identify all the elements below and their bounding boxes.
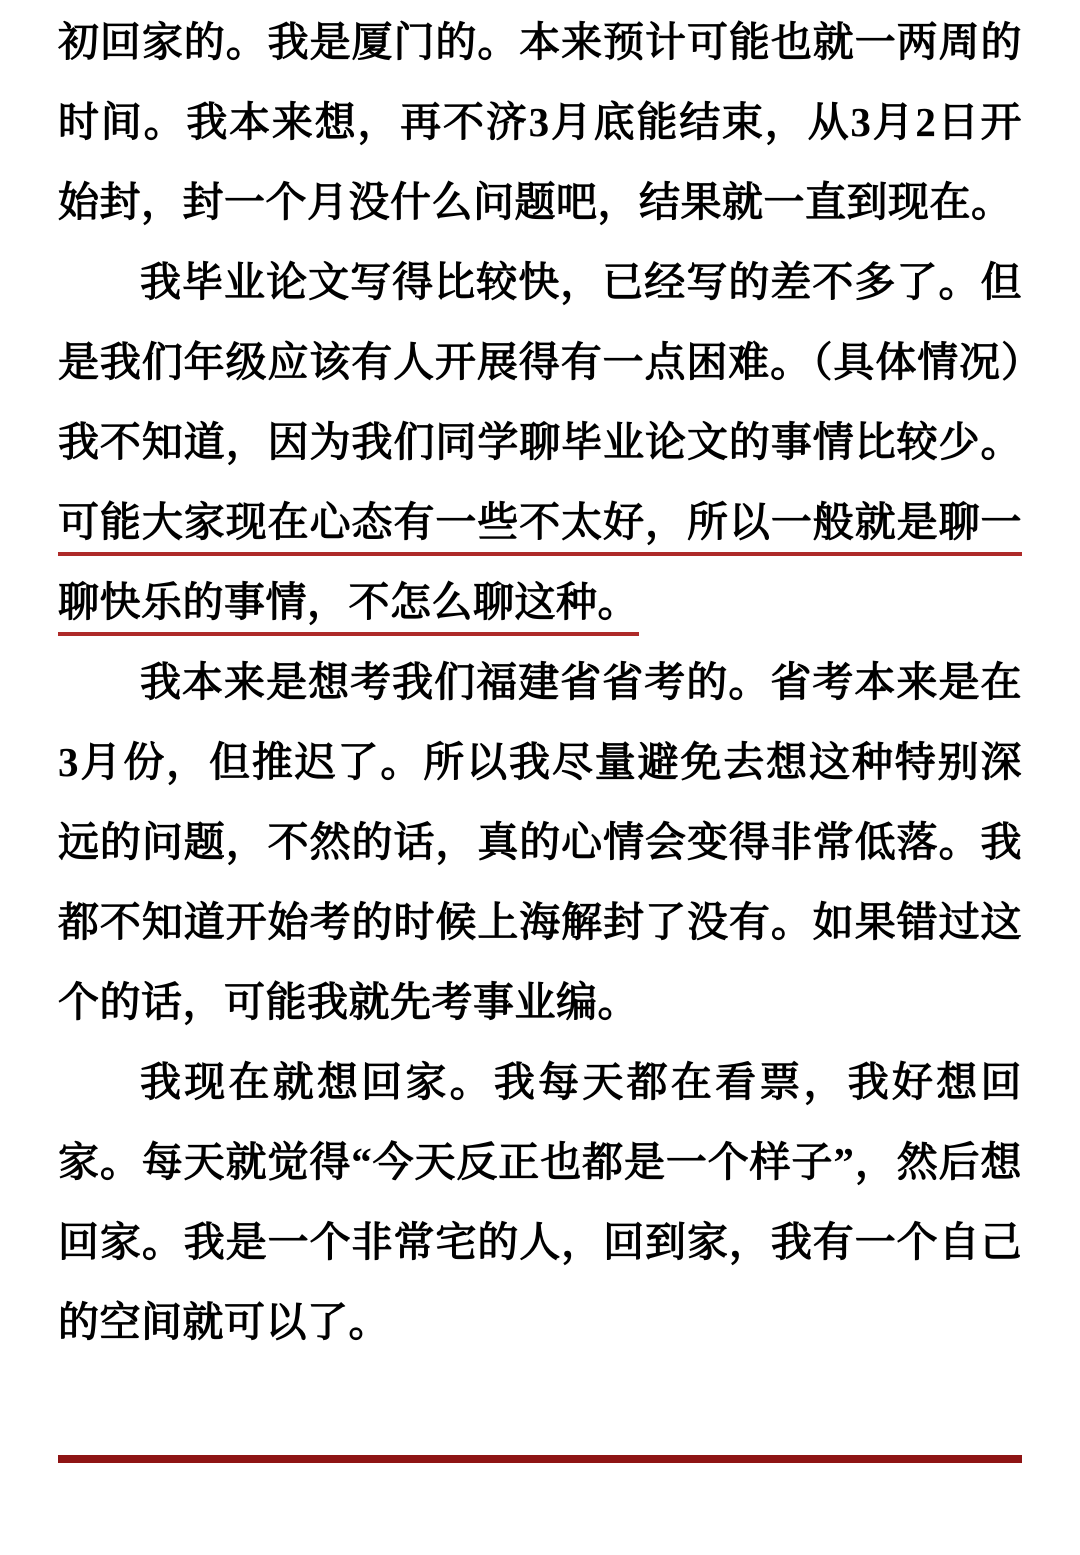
article-page: 初回家的。我是厦门的。本来预计可能也就一两周的时间。我本来想，再不济3月底能结束…	[0, 0, 1080, 1555]
paragraph-1: 初回家的。我是厦门的。本来预计可能也就一两周的时间。我本来想，再不济3月底能结束…	[58, 2, 1022, 242]
paragraph-4-text: 我现在就想回家。我每天都在看票，我好想回家。每天就觉得“今天反正也都是一个样子”…	[58, 1059, 1022, 1345]
paragraph-3-text: 我本来是想考我们福建省省考的。省考本来是在3月份，但推迟了。所以我尽量避免去想这…	[58, 659, 1022, 1025]
paragraph-3: 我本来是想考我们福建省省考的。省考本来是在3月份，但推迟了。所以我尽量避免去想这…	[58, 642, 1022, 1042]
paragraph-4: 我现在就想回家。我每天都在看票，我好想回家。每天就觉得“今天反正也都是一个样子”…	[58, 1042, 1022, 1362]
paragraph-2-text: 我毕业论文写得比较快，已经写的差不多了。但是我们年级应该有人开展得有一点困难。（…	[58, 259, 1022, 465]
article-body: 初回家的。我是厦门的。本来预计可能也就一两周的时间。我本来想，再不济3月底能结束…	[58, 2, 1022, 1362]
paragraph-2: 我毕业论文写得比较快，已经写的差不多了。但是我们年级应该有人开展得有一点困难。（…	[58, 242, 1022, 642]
paragraph-1-text: 初回家的。我是厦门的。本来预计可能也就一两周的时间。我本来想，再不济3月底能结束…	[58, 19, 1022, 225]
bottom-divider-rule	[58, 1455, 1022, 1463]
red-underlined-passage: 可能大家现在心态有一些不太好，所以一般就是聊一聊快乐的事情，不怎么聊这种。	[58, 499, 1022, 636]
